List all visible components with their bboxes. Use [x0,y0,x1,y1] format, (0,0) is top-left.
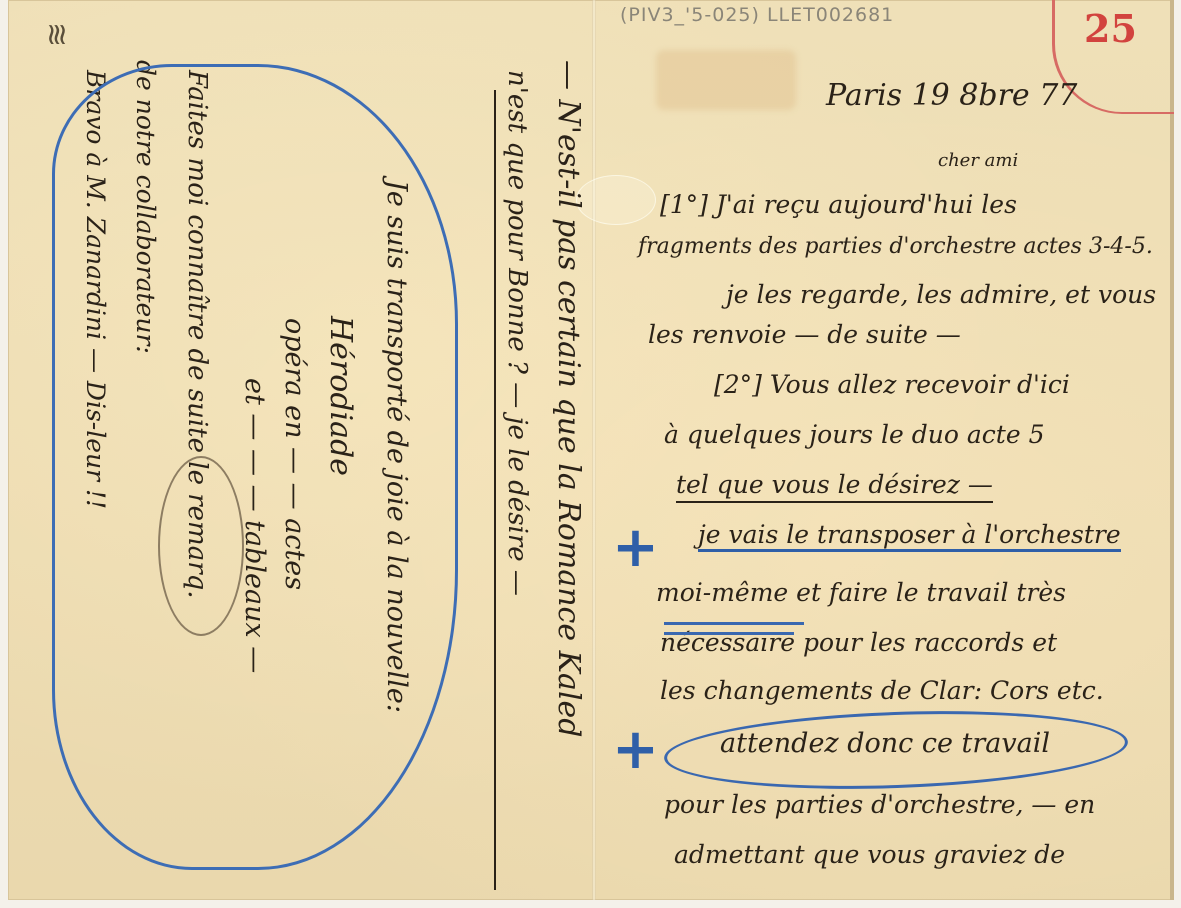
blue-underline [664,622,804,625]
dateline: Paris 19 8bre 77 [826,78,1077,113]
letter-sheet: (PIV3_'5-025) LLET002681 25 Paris 19 8br… [8,0,1174,900]
letter-line: pour les parties d'orchestre, — en [664,790,1095,819]
tape-stain [656,50,796,110]
left-page: — N'est-il pas certain que la Romance Ka… [8,0,592,900]
salutation: cher ami [938,150,1018,171]
rotated-line: — N'est-il pas certain que la Romance Ka… [551,60,586,738]
letter-line-blue-underlined: je vais le transposer à l'orchestre [698,520,1121,552]
divider-line [494,90,496,890]
blue-cross-mark: + [612,520,659,576]
blue-circle-annotation [52,64,458,870]
rotated-line: n'est que pour Bonne ? — je le désire — [502,70,532,596]
letter-line: à quelques jours le duo acte 5 [664,420,1045,449]
archive-reference: (PIV3_'5-025) LLET002681 [620,4,894,26]
pencil-circle-annotation [158,456,244,636]
letter-line: je les regarde, les admire, et vous [726,280,1156,309]
letter-line: les renvoie — de suite — [648,320,961,349]
squiggle-mark: ≋ [39,22,74,47]
letter-line: fragments des parties d'orchestre actes … [638,234,1153,259]
center-fold [592,0,596,900]
blue-underline [664,632,794,635]
letter-line: moi-même et faire le travail très [656,578,1066,607]
blue-cross-mark: + [612,722,659,778]
letter-line: [2°] Vous allez recevoir d'ici [714,370,1070,399]
folio-number: 25 [1084,6,1137,51]
page-edge [1170,0,1174,900]
letter-line: les changements de Clar: Cors etc. [660,676,1104,705]
blue-circle-annotation [663,704,1129,796]
letter-line: admettant que vous graviez de [674,840,1065,869]
letter-line: [1°] J'ai reçu aujourd'hui les [660,190,1017,219]
letter-line-underlined: tel que vous le désirez — [676,470,993,503]
